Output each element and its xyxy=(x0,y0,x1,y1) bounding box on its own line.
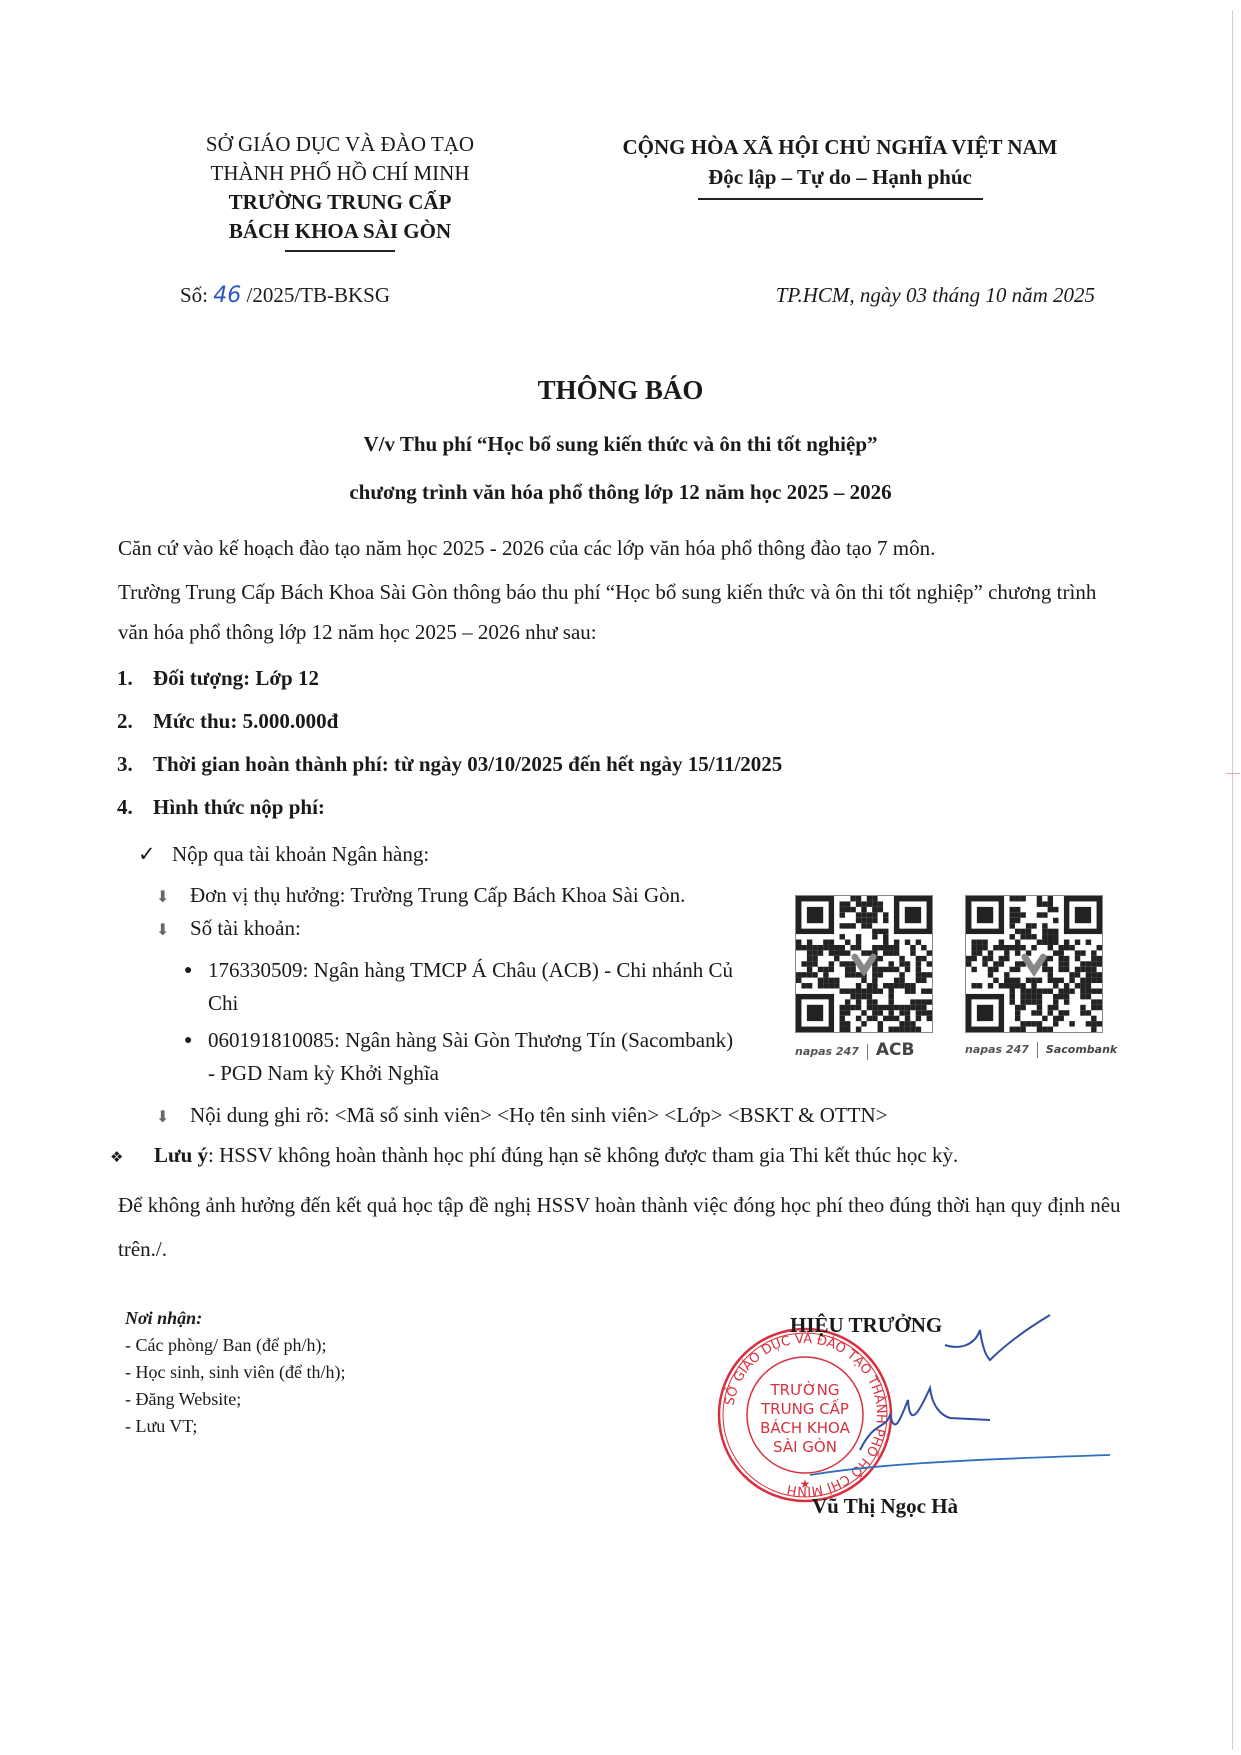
qr-code-acb xyxy=(795,895,933,1033)
doc-number-prefix: Số: xyxy=(180,283,213,307)
bank-transfer-option: ✓Nộp qua tài khoản Ngân hàng: xyxy=(138,842,429,867)
signatory-name: Vũ Thị Ngọc Hà xyxy=(812,1494,958,1519)
account-label-line: ⬇Số tài khoản: xyxy=(156,916,301,941)
item-payment-method: 4.Hình thức nộp phí: xyxy=(117,795,325,820)
transfer-content-line: ⬇Nội dung ghi rõ: <Mã số sinh viên> <Họ … xyxy=(156,1103,888,1128)
warning-note: ❖Lưu ý: HSSV không hoàn thành học phí đú… xyxy=(110,1143,958,1168)
school-name-line-1: TRƯỜNG TRUNG CẤP xyxy=(140,188,540,217)
item-fee: 2.Mức thu: 5.000.000đ xyxy=(117,709,338,734)
authority-line-1: SỞ GIÁO DỤC VÀ ĐÀO TẠO xyxy=(140,130,540,159)
document-subject-line-2: chương trình văn hóa phổ thông lớp 12 nă… xyxy=(0,480,1241,505)
arrow-down-bullet-icon: ⬇ xyxy=(156,920,190,939)
document-title: THÔNG BÁO xyxy=(0,375,1241,406)
item-deadline: 3.Thời gian hoàn thành phí: từ ngày 03/1… xyxy=(117,752,782,777)
qr-code-icon xyxy=(796,896,932,1032)
header-left-divider xyxy=(285,250,395,252)
qr-caption-sacombank: napas 247Sacombank xyxy=(965,1042,1117,1058)
school-name-line-2: BÁCH KHOA SÀI GÒN xyxy=(140,217,540,246)
qr-code-sacombank xyxy=(965,895,1103,1033)
issuing-authority: SỞ GIÁO DỤC VÀ ĐÀO TẠO THÀNH PHỐ HỒ CHÍ … xyxy=(140,130,540,252)
item-target: 1.Đối tượng: Lớp 12 xyxy=(117,666,319,691)
national-motto: CỘNG HÒA XÃ HỘI CHỦ NGHĨA VIỆT NAM Độc l… xyxy=(580,132,1100,200)
doc-number-suffix: /2025/TB-BKSG xyxy=(241,283,390,307)
document-subject-line-1: V/v Thu phí “Học bổ sung kiến thức và ôn… xyxy=(0,432,1241,457)
handwritten-signature xyxy=(750,1300,1110,1500)
document-date: TP.HCM, ngày 03 tháng 10 năm 2025 xyxy=(700,283,1095,308)
announcement-paragraph: Trường Trung Cấp Bách Khoa Sài Gòn thông… xyxy=(118,572,1123,652)
scan-margin-line xyxy=(1232,10,1233,1750)
closing-paragraph: Để không ảnh hưởng đến kết quả học tập đ… xyxy=(118,1183,1123,1271)
handwritten-number: 46 xyxy=(213,283,241,308)
check-mark-icon: ✓ xyxy=(138,842,172,867)
scan-margin-mark xyxy=(1226,773,1240,774)
account-acb: ● 176330509: Ngân hàng TMCP Á Châu (ACB)… xyxy=(184,954,744,1020)
bullet-icon: ● xyxy=(184,954,192,987)
diamond-bullet-icon: ❖ xyxy=(110,1148,154,1166)
header-right-divider xyxy=(698,198,983,200)
recipient-item: - Đăng Website; xyxy=(125,1386,345,1413)
bullet-icon: ● xyxy=(184,1024,192,1057)
recipients-block: Nơi nhận: - Các phòng/ Ban (để ph/h); - … xyxy=(125,1305,345,1440)
account-sacombank: ● 060191810085: Ngân hàng Sài Gòn Thương… xyxy=(184,1024,744,1090)
arrow-down-bullet-icon: ⬇ xyxy=(156,1107,190,1126)
document-number: Số: 46 /2025/TB-BKSG xyxy=(180,283,390,308)
recipient-item: - Lưu VT; xyxy=(125,1413,345,1440)
recipient-item: - Các phòng/ Ban (để ph/h); xyxy=(125,1332,345,1359)
country-name: CỘNG HÒA XÃ HỘI CHỦ NGHĨA VIỆT NAM xyxy=(580,132,1100,162)
motto: Độc lập – Tự do – Hạnh phúc xyxy=(580,162,1100,192)
beneficiary-line: ⬇Đơn vị thụ hưởng: Trường Trung Cấp Bách… xyxy=(156,883,685,908)
recipient-item: - Học sinh, sinh viên (để th/h); xyxy=(125,1359,345,1386)
qr-caption-acb: napas 247ACB xyxy=(795,1040,914,1060)
basis-paragraph: Căn cứ vào kế hoạch đào tạo năm học 2025… xyxy=(118,528,1123,568)
arrow-down-bullet-icon: ⬇ xyxy=(156,887,190,906)
qr-code-icon xyxy=(966,896,1102,1032)
recipients-heading: Nơi nhận: xyxy=(125,1305,345,1332)
authority-line-2: THÀNH PHỐ HỒ CHÍ MINH xyxy=(140,159,540,188)
